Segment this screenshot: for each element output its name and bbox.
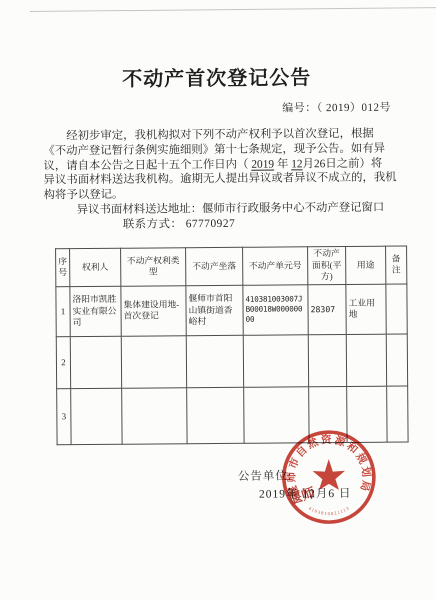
document-number: 编号：（ 2019）012号 <box>0 99 391 118</box>
header-owner: 权利人 <box>70 248 121 286</box>
deadline-month: 12 <box>291 158 302 170</box>
header-usage: 用途 <box>346 246 386 284</box>
cell-owner <box>71 388 122 444</box>
table-header-row: 序号 权利人 不动产权利类型 不动产坐落 不动产单元号 不动产面积(平方) 用途… <box>56 246 407 287</box>
deadline-year: 2019 <box>251 158 274 170</box>
header-location: 不动产坐落 <box>186 247 243 285</box>
objection-address-line: 异议书面材料送达地址：偃师市行政服务中心不动产登记窗口 <box>44 201 400 219</box>
cell-area <box>308 334 346 386</box>
cell-owner: 洛阳市凯胜实业有限公司 <box>70 286 121 336</box>
header-unit-no: 不动产单元号 <box>243 247 308 285</box>
cell-right-type <box>121 336 186 389</box>
header-right-type: 不动产权利类型 <box>121 248 186 286</box>
cell-usage <box>346 334 386 386</box>
contact-phone-line: 联系方式： 67770927 <box>44 215 400 233</box>
cell-serial: 3 <box>57 388 71 444</box>
cell-serial: 1 <box>56 286 70 336</box>
cell-right-type <box>122 388 187 445</box>
table-row: 1 洛阳市凯胜实业有限公司 集体建设用地-首次登记 偃师市首阳山镇街道香峪村 4… <box>56 284 407 337</box>
notice-line-3-mid: 年 <box>274 158 291 170</box>
cell-note <box>386 334 407 386</box>
seal-code: 4103810021113 <box>308 505 351 516</box>
header-note: 备注 <box>386 246 407 284</box>
notice-line-4: 异议书面材料送达我机构。逾期无人提出异议或者异议不成立的，我机 <box>43 171 399 189</box>
cell-location: 偃师市首阳山镇街道香峪村 <box>186 285 243 335</box>
notice-line-3-pre: 议，请自本公告之日起十五个工作日内（ <box>43 158 251 172</box>
cell-location <box>186 335 243 387</box>
cell-unit-no: 410381003007JB00018W00000000 <box>243 285 308 336</box>
cell-area: 28307 <box>308 284 346 334</box>
table-row: 2 <box>56 334 407 389</box>
cell-usage: 工业用地 <box>346 284 386 334</box>
cell-right-type: 集体建设用地-首次登记 <box>121 286 186 337</box>
cell-unit-no <box>243 335 308 388</box>
cell-note <box>386 284 407 334</box>
announcement-page: 不动产首次登记公告 编号：（ 2019）012号 经初步审定，我机构拟对下列不动… <box>0 0 436 600</box>
notice-line-3-post: 月26日之前）将 <box>303 157 383 170</box>
scanned-document: 不动产首次登记公告 编号：（ 2019）012号 经初步审定，我机构拟对下列不动… <box>0 0 436 600</box>
cell-owner <box>70 336 121 388</box>
cell-location <box>187 387 244 443</box>
header-serial: 序号 <box>56 249 70 287</box>
seal-code-container: 4103810021113 <box>308 505 351 516</box>
cell-serial: 2 <box>56 336 70 388</box>
notice-paragraph: 经初步审定，我机构拟对下列不动产权利予以首次登记，根据 《不动产登记暂行条例实施… <box>43 127 400 233</box>
seal-star-icon <box>313 459 346 490</box>
official-seal: 偃师市自然资源和规划局 4103810021113 偃师 <box>263 412 394 543</box>
header-area: 不动产面积(平方) <box>308 246 346 284</box>
page-title: 不动产首次登记公告 <box>0 60 435 92</box>
